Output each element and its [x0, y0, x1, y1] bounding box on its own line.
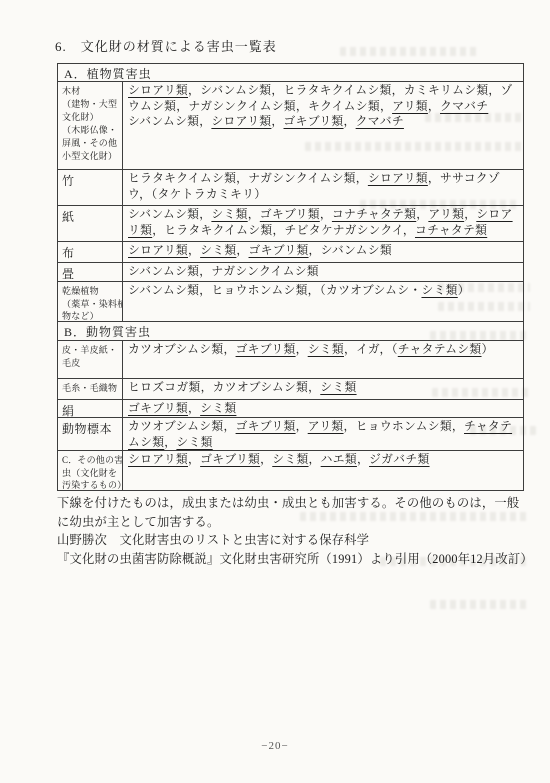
material-label-line: 毛皮 [62, 357, 121, 370]
pest-name-underlined: シミ類 [421, 283, 457, 297]
scanned-page: 6. 文化財の材質による害虫一覧表 A．植物質害虫 木材（建物・大型文化財）（木… [0, 0, 550, 783]
table-row-cloth: 布 シロアリ類，シミ類，ゴキブリ類，シバンムシ類 [58, 241, 523, 262]
pest-name-underlined: ゴキブリ類 [284, 114, 344, 128]
pest-name-underlined: シミ類 [272, 452, 308, 466]
pest-text: カツオブシムシ類， [128, 419, 236, 433]
pest-name-underlined: ハエ類 [321, 452, 357, 466]
pest-text: ， [248, 207, 260, 221]
table-row-bamboo: 竹 ヒラタキクイムシ類，ナガシンクイムシ類，シロアリ類，ササコクゾウ，（タケトラ… [58, 169, 523, 205]
pest-text: ， [164, 435, 176, 449]
bleed-through-artifact [340, 47, 480, 56]
pest-text: ヒロズコガ類，カツオブシムシ類， [128, 380, 320, 394]
pest-name-underlined: クマバチ [356, 114, 404, 128]
pest-text: ， [260, 452, 272, 466]
pest-name-underlined: ゴキブリ類 [236, 419, 296, 433]
pest-text: ，ヒラタキクイムシ類，チビタケナガシンクイ， [152, 223, 415, 237]
pest-text: ヒラタキクイムシ類，ナガシンクイムシ類， [128, 171, 368, 185]
pest-name-underlined: ゴキブリ類 [128, 401, 188, 415]
pest-text: シバンムシ類， [128, 207, 211, 221]
section-b-label: B．動物質害虫 [58, 322, 157, 340]
material-cell-tatami: 畳 [58, 263, 123, 281]
pest-text: ） [482, 342, 494, 356]
pest-name-underlined: シロアリ類 [211, 114, 271, 128]
pest-name-underlined: チャタテムシ類 [398, 342, 482, 356]
pest-text: ， [416, 207, 428, 221]
table-row-animal-specimen: 動物標本 カツオブシムシ類，ゴキブリ類，アリ類，ヒョウホンムシ類，チャタテムシ類… [58, 417, 523, 450]
material-label-line: （木彫仏像・ [62, 124, 121, 137]
pest-cell-wood: シロアリ類，シバンムシ類，ヒラタキクイムシ類，カミキリムシ類，ゾウムシ類，ナガシ… [123, 82, 523, 169]
footnotes: 下線を付けたものは，成虫または幼虫・成虫とも加害する。その他のものは，一般に幼虫… [57, 494, 531, 568]
material-cell-wood: 木材（建物・大型文化財）（木彫仏像・屏風・その他小型文化財） [58, 82, 123, 169]
pest-name-underlined: シロアリ類 [368, 171, 428, 185]
table-row-dried-plants: 乾燥植物（薬草・染料植物など） シバンムシ類，ヒョウホンムシ類，（カツオブシムシ… [58, 281, 523, 321]
underline-explanation-note: 下線を付けたものは，成虫または幼虫・成虫とも加害する。その他のものは，一般に幼虫… [57, 494, 531, 531]
pest-name-underlined: アリ類 [428, 207, 464, 221]
page-number: −20− [0, 740, 550, 752]
pest-text: ， [357, 452, 369, 466]
material-label-line: 皮・羊皮紙・ [62, 344, 121, 357]
table-row-other-pests: C．その他の害虫（文化財を汚染するもの） シロアリ類，ゴキブリ類，シミ類，ハエ類… [58, 450, 523, 490]
page-title: 6. 文化財の材質による害虫一覧表 [55, 36, 277, 55]
pest-name-underlined: ゴキブリ類 [200, 452, 260, 466]
material-cell-bamboo: 竹 [58, 170, 123, 205]
pest-text: ， [296, 342, 308, 356]
material-cell-animal-specimen: 動物標本 [58, 418, 123, 450]
material-label-line: 屏風・その他 [62, 137, 121, 150]
pest-text: ， [271, 114, 283, 128]
pest-name-underlined: シミ類 [320, 380, 356, 394]
pest-name-underlined: シミ類 [308, 342, 344, 356]
pest-text: カツオブシムシ類， [128, 342, 236, 356]
table-row-leather: 皮・羊皮紙・毛皮 カツオブシムシ類，ゴキブリ類，シミ類，イガ，（チャタテムシ類） [58, 340, 523, 378]
pest-text: ， [428, 99, 440, 113]
pest-name-underlined: コナチャタテ類 [332, 207, 416, 221]
material-label-line: 木材 [62, 85, 121, 98]
table-row-silk: 絹 ゴキブリ類，シミ類 [58, 399, 523, 417]
material-cell-silk: 絹 [58, 400, 123, 417]
material-cell-other-pests: C．その他の害虫（文化財を汚染するもの） [58, 451, 123, 490]
pest-name-underlined: アリ類 [308, 419, 344, 433]
pest-text: ） [458, 283, 470, 297]
section-a-label: A．植物質害虫 [58, 64, 158, 81]
material-label-line: 虫（文化財を [62, 467, 121, 480]
pest-name-underlined: ゴキブリ類 [236, 342, 296, 356]
pest-text: ， [464, 207, 476, 221]
pest-name-underlined: ゴキブリ類 [260, 207, 320, 221]
pest-cell-animal-specimen: カツオブシムシ類，ゴキブリ類，アリ類，ヒョウホンムシ類，チャタテムシ類，シミ類 [123, 418, 523, 450]
citation-line: 『文化財の虫菌害防除概説』文化財虫害研究所（1991）より引用（2000年12月… [57, 550, 531, 569]
material-cell-cloth: 布 [58, 242, 123, 262]
table-row-tatami: 畳 シバンムシ類，ナガシンクイムシ類 [58, 262, 523, 281]
pest-text: ，イガ，（ [344, 342, 398, 356]
section-b-header-row: B．動物質害虫 [58, 321, 523, 340]
pest-text: シバンムシ類，ヒョウホンムシ類，（カツオブシムシ・ [128, 283, 421, 297]
pest-text: シバンムシ類，ナガシンクイムシ類 [128, 264, 319, 278]
pest-cell-tatami: シバンムシ類，ナガシンクイムシ類 [123, 263, 523, 281]
pest-name-underlined: シロアリ類 [128, 83, 188, 97]
pest-cell-dried-plants: シバンムシ類，ヒョウホンムシ類，（カツオブシムシ・シミ類） [123, 282, 523, 321]
pest-name-underlined: シロアリ類 [128, 452, 188, 466]
material-label-line: C．その他の害 [62, 454, 121, 467]
pest-text: ， [344, 114, 356, 128]
pest-name-underlined: シミ類 [200, 401, 236, 415]
pest-name-underlined: ゴキブリ類 [249, 243, 309, 257]
pest-group-small-cultural-property: シバンムシ類，シロアリ類，ゴキブリ類，クマバチ [128, 114, 518, 130]
material-label-line: （建物・大型 [62, 98, 121, 111]
pest-table: A．植物質害虫 木材（建物・大型文化財）（木彫仏像・屏風・その他小型文化財） シ… [57, 63, 524, 491]
material-label-line: 文化財） [62, 111, 121, 124]
material-label-line: （薬草・染料植 [62, 298, 121, 311]
pest-name-underlined: クマバチ [440, 99, 488, 113]
pest-group-large-cultural-property: シロアリ類，シバンムシ類，ヒラタキクイムシ類，カミキリムシ類，ゾウムシ類，ナガシ… [128, 83, 518, 114]
table-row-wool: 毛糸・毛織物 ヒロズコガ類，カツオブシムシ類，シミ類 [58, 378, 523, 399]
table-row-wood: 木材（建物・大型文化財）（木彫仏像・屏風・その他小型文化財） シロアリ類，シバン… [58, 81, 523, 169]
pest-cell-wool: ヒロズコガ類，カツオブシムシ類，シミ類 [123, 379, 523, 399]
pest-text: ，シバンムシ類 [309, 243, 392, 257]
pest-name-underlined: ジガバチ類 [369, 452, 430, 466]
pest-text: ， [188, 401, 200, 415]
pest-cell-other-pests: シロアリ類，ゴキブリ類，シミ類，ハエ類，ジガバチ類 [123, 451, 523, 490]
pest-text: ， [236, 243, 248, 257]
pest-text: ， [309, 452, 321, 466]
pest-text: ， [188, 243, 200, 257]
pest-name-underlined: シロアリ類 [128, 243, 188, 257]
material-cell-dried-plants: 乾燥植物（薬草・染料植物など） [58, 282, 123, 321]
pest-cell-cloth: シロアリ類，シミ類，ゴキブリ類，シバンムシ類 [123, 242, 523, 262]
material-label-line: 物など） [62, 310, 121, 321]
pest-text: ， [320, 207, 332, 221]
material-label-line: 小型文化財） [62, 150, 121, 163]
bleed-through-artifact [430, 600, 528, 609]
pest-text: ， [188, 452, 200, 466]
credit-line: 山野勝次 文化財害虫のリストと虫害に対する保存科学 [57, 531, 531, 550]
pest-cell-bamboo: ヒラタキクイムシ類，ナガシンクイムシ類，シロアリ類，ササコクゾウ，（タケトラカミ… [123, 170, 523, 205]
pest-cell-leather: カツオブシムシ類，ゴキブリ類，シミ類，イガ，（チャタテムシ類） [123, 341, 523, 378]
pest-name-underlined: アリ類 [392, 99, 428, 113]
pest-text: ， [296, 419, 308, 433]
pest-name-underlined: シミ類 [176, 435, 212, 449]
material-label-line: 汚染するもの） [62, 479, 121, 490]
material-label-line: 乾燥植物 [62, 285, 121, 298]
pest-cell-paper: シバンムシ類，シミ類，ゴキブリ類，コナチャタテ類，アリ類，シロアリ類，ヒラタキク… [123, 206, 523, 241]
pest-text: シバンムシ類， [128, 114, 211, 128]
pest-name-underlined: シミ類 [200, 243, 236, 257]
pest-name-underlined: コチャタテ類 [415, 223, 487, 237]
section-a-header-row: A．植物質害虫 [58, 64, 523, 81]
pest-name-underlined: シミ類 [211, 207, 247, 221]
pest-text: ，ヒョウホンムシ類， [344, 419, 465, 433]
material-cell-paper: 紙 [58, 206, 123, 241]
material-cell-leather: 皮・羊皮紙・毛皮 [58, 341, 123, 378]
pest-cell-silk: ゴキブリ類，シミ類 [123, 400, 523, 417]
table-row-paper: 紙 シバンムシ類，シミ類，ゴキブリ類，コナチャタテ類，アリ類，シロアリ類，ヒラタ… [58, 205, 523, 241]
material-cell-wool: 毛糸・毛織物 [58, 379, 123, 399]
